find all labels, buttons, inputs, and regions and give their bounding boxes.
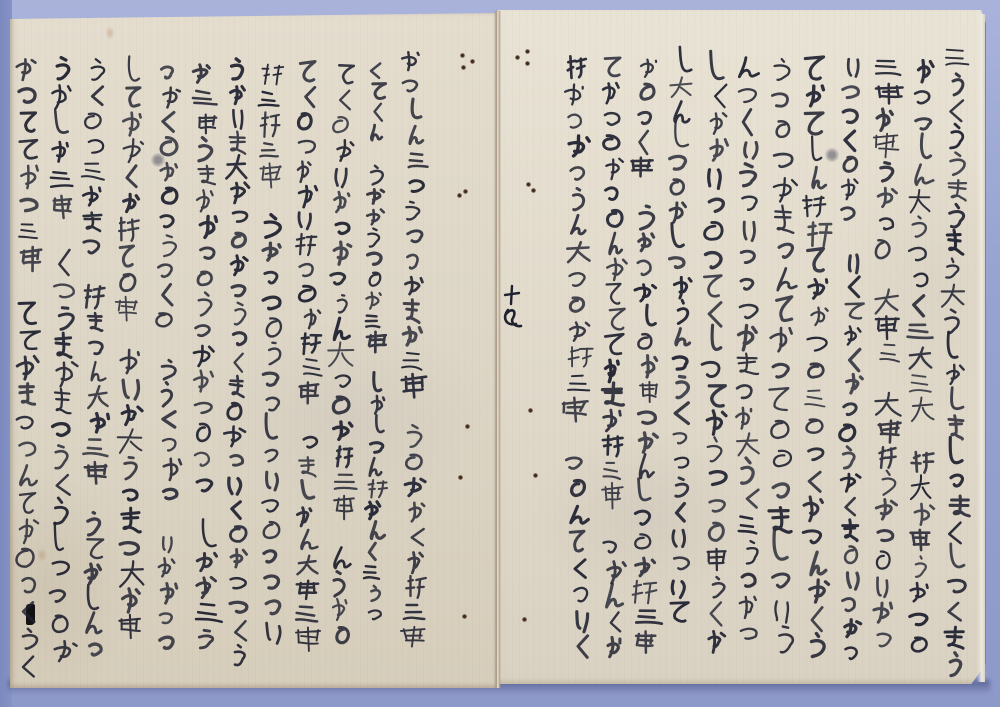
text-column: ちうじやうやしなんぎや あまいしうら おもうしき [153, 60, 183, 655]
text-column: せんじゆあんとんちんのくにの返ざい天よしのふ [733, 55, 763, 647]
wormhole-spot [463, 189, 468, 194]
text-column: あつさの御神 ぎんなくのくによりまかんしやう [47, 55, 77, 665]
text-column: 天よりあまくだるを又なかのゑくかんすいかんいくよ [940, 45, 970, 678]
text-column: かそうもりの大ミや神 うとの五よちくふ高の宮 [115, 58, 145, 640]
manuscript-spread: 天よりあまくだるを又なかのゑくかんすいかんいくよ のちふかは官まんちい天子御官 … [0, 0, 1000, 707]
text-column: ざいてん三のくに 石くみづ高の三神 なほうかはき [80, 58, 110, 662]
text-column: のちふかは官まんちい天子御官 正官の牢まつしや [906, 58, 936, 658]
wormhole-spot [458, 475, 463, 480]
wormhole-spot [515, 55, 520, 60]
text-column: そのほかは大小こうのみや山えんぎうちはもりよ [801, 55, 831, 660]
text-column: のえんじ神 なつきのゑやう神ふうはたしやの大御神 [631, 55, 661, 655]
text-column: の御神なるものみやざんものみやらし かうの山よ [190, 60, 220, 652]
wormhole-spot [461, 65, 466, 70]
paper-stain [105, 26, 115, 40]
right-page-edge [977, 14, 985, 682]
folio-number: 十七 [500, 284, 524, 330]
wormhole-spot [470, 59, 475, 64]
text-column: のみたけ山みなふきつるの御神 まてのもりの大御神 [398, 48, 428, 650]
text-column: うきこそのゝ御神 でこのくにしろこのえんぎなり [13, 55, 43, 680]
wormhole-spot [525, 49, 530, 54]
wormhole-spot [465, 424, 470, 429]
wormhole-spot [457, 193, 462, 198]
text-column: ざんげんのくにはそうしこえげんくさしとよ [767, 55, 797, 655]
book-gutter [494, 11, 501, 688]
text-column: 大日生天神 なうきちやまにちさしごんげんふしと [257, 62, 287, 645]
wormhole-spot [522, 617, 527, 622]
text-column: ゑ様はたしやうさんのをはしまいちんありとんとこ [666, 50, 696, 625]
text-column: ミじやのゆうきうしなは高しやの大御神 はまうや [327, 62, 357, 648]
text-column: さいうのごんげんこりかんそのあふみや神なりの [700, 55, 730, 655]
text-column: ときんじやうし おじこうりうきてまつりくえゆみぐし [836, 55, 866, 665]
wormhole-spot [526, 182, 531, 187]
wormhole-spot [460, 53, 465, 58]
wormhole-spot [533, 473, 538, 478]
text-column: いそりは なうつよしやの御神 さうさんは八うはい天よき [360, 60, 390, 625]
text-column: 内宮の牢まつしや 高家天 一百廿まつしやゆうき [871, 55, 901, 652]
text-column: ミじやちうのと七しやの大御神 きくさのは高家天神 [293, 60, 323, 652]
wormhole-spot [525, 61, 530, 66]
text-column: 大ぐんつきがは高しやの大御神 みや〳〵いふごい [563, 55, 593, 660]
wormhole-spot [528, 408, 533, 413]
text-column: まうごく一のしやうふよらいくやのふゆじやうしきぶよ [223, 58, 253, 668]
text-column: ほうしやうしてはうでこほうくの大御神 みうせいの [598, 55, 628, 660]
wormhole-spot [531, 188, 536, 193]
wormhole-spot [462, 614, 467, 619]
